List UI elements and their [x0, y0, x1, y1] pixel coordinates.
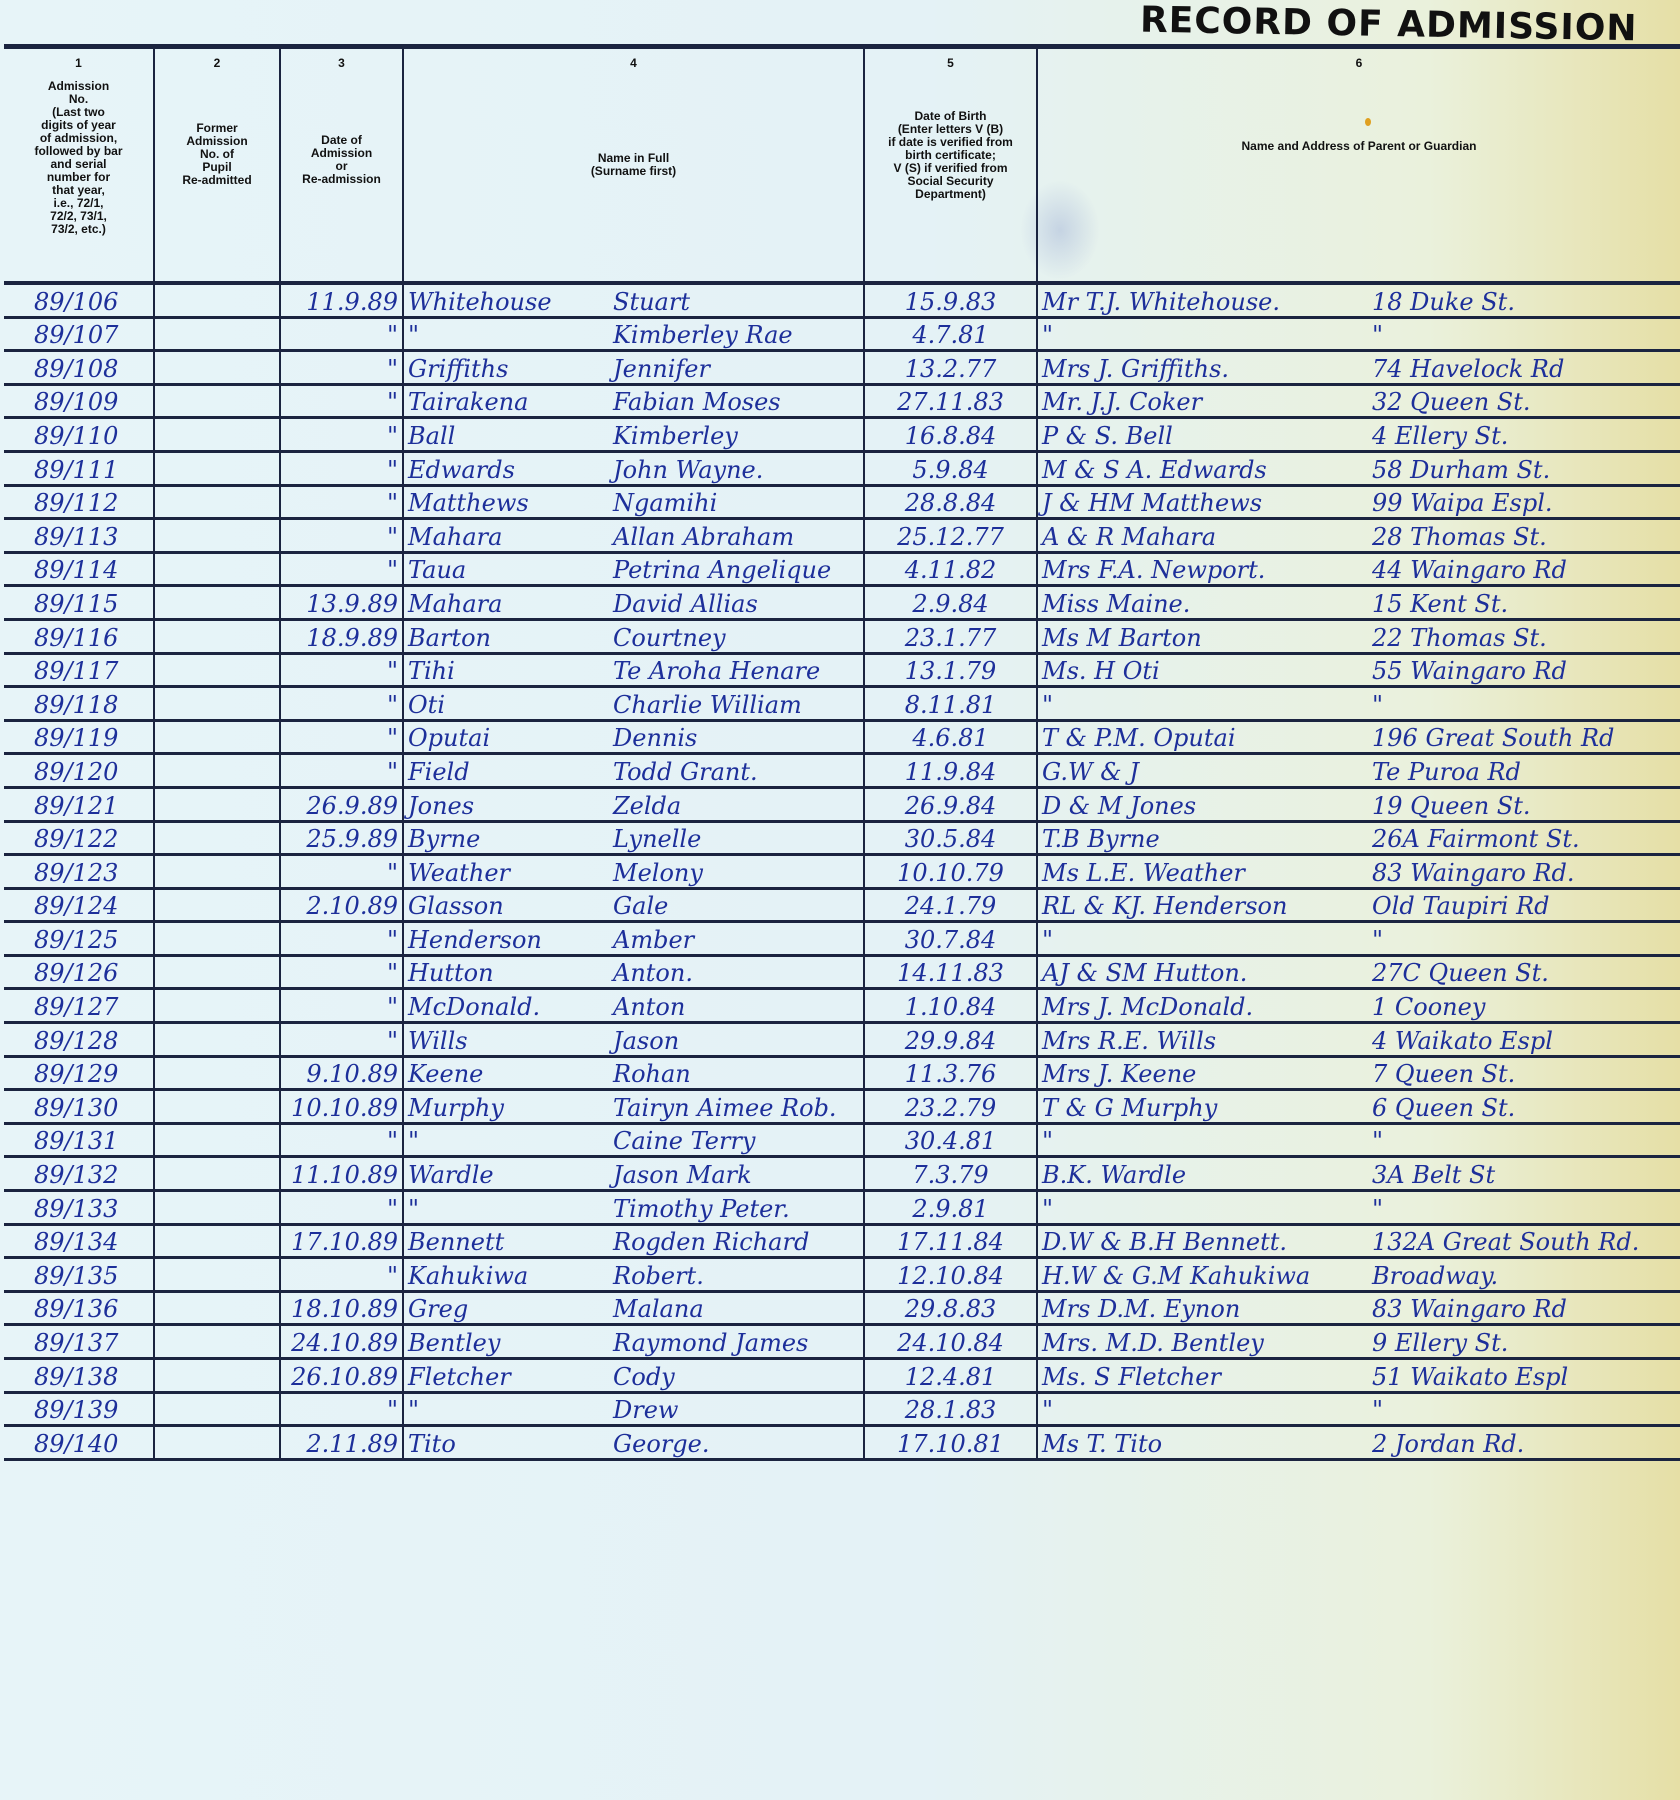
pupil-name: KeeneRohan [403, 1056, 864, 1090]
pupil-name: GregMalana [403, 1291, 864, 1325]
parent-address: 196 Great South Rd [1372, 724, 1614, 752]
former-admission-number [154, 720, 280, 754]
date-of-birth: 25.12.77 [864, 519, 1037, 553]
admission-date: " [280, 922, 403, 956]
former-admission-number [154, 821, 280, 855]
admission-number: 89/137 [4, 1325, 154, 1359]
admission-number: 89/111 [4, 451, 154, 485]
table-row: 89/132 11.10.89 WardleJason Mark 7.3.79 … [4, 1157, 1680, 1191]
pupil-name: "Timothy Peter. [403, 1191, 864, 1225]
surname: Edwards [408, 456, 613, 484]
table-row: 89/119 " OputaiDennis 4.6.81 T & P.M. Op… [4, 720, 1680, 754]
surname: McDonald. [408, 993, 613, 1021]
parent-address: 1 Cooney [1372, 993, 1485, 1021]
table-row: 89/130 10.10.89 MurphyTairyn Aimee Rob. … [4, 1090, 1680, 1124]
surname: Oti [408, 691, 613, 719]
surname: Griffiths [408, 355, 613, 383]
date-of-birth: 2.9.81 [864, 1191, 1037, 1225]
surname: " [408, 1127, 613, 1155]
parent-guardian: B.K. Wardle3A Belt St [1037, 1157, 1680, 1191]
parent-name: " [1042, 1396, 1372, 1424]
parent-address: 26A Fairmont St. [1372, 825, 1580, 853]
given-names: Jennifer [613, 355, 710, 383]
table-row: 89/114 " TauaPetrina Angelique 4.11.82 M… [4, 552, 1680, 586]
parent-guardian: "" [1037, 922, 1680, 956]
surname: Kahukiwa [408, 1262, 613, 1290]
surname: Tito [408, 1430, 613, 1458]
parent-address: 132A Great South Rd. [1372, 1228, 1639, 1256]
parent-guardian: T & G Murphy6 Queen St. [1037, 1090, 1680, 1124]
date-of-birth: 29.9.84 [864, 1023, 1037, 1057]
admission-number: 89/128 [4, 1023, 154, 1057]
parent-guardian: Mr. J.J. Coker32 Queen St. [1037, 384, 1680, 418]
date-of-birth: 24.10.84 [864, 1325, 1037, 1359]
admission-date: 26.9.89 [280, 787, 403, 821]
pupil-name: WardleJason Mark [403, 1157, 864, 1191]
former-admission-number [154, 1123, 280, 1157]
pupil-name: MaharaAllan Abraham [403, 519, 864, 553]
given-names: Te Aroha Henare [613, 657, 820, 685]
table-row: 89/126 " HuttonAnton. 14.11.83 AJ & SM H… [4, 955, 1680, 989]
admission-date: " [280, 687, 403, 721]
parent-name: J & HM Matthews [1042, 489, 1372, 517]
admission-date: " [280, 519, 403, 553]
parent-guardian: Ms. H Oti55 Waingaro Rd [1037, 653, 1680, 687]
table-row: 89/133 " "Timothy Peter. 2.9.81 "" [4, 1191, 1680, 1225]
surname: Keene [408, 1060, 613, 1088]
parent-address: 9 Ellery St. [1372, 1329, 1508, 1357]
parent-name: Miss Maine. [1042, 590, 1372, 618]
given-names: Courtney [613, 624, 726, 652]
given-names: Stuart [613, 288, 690, 316]
parent-name: Mrs F.A. Newport. [1042, 556, 1372, 584]
pupil-name: WillsJason [403, 1023, 864, 1057]
pupil-name: BentleyRaymond James [403, 1325, 864, 1359]
table-row: 89/108 " GriffithsJennifer 13.2.77 Mrs J… [4, 351, 1680, 385]
admission-number: 89/132 [4, 1157, 154, 1191]
admission-number: 89/130 [4, 1090, 154, 1124]
given-names: Kimberley [613, 422, 738, 450]
parent-address: 28 Thomas St. [1372, 523, 1547, 551]
given-names: Ngamihi [613, 489, 717, 517]
given-names: Anton [613, 993, 685, 1021]
date-of-birth: 5.9.84 [864, 451, 1037, 485]
parent-guardian: M & S A. Edwards58 Durham St. [1037, 451, 1680, 485]
admission-date: " [280, 1392, 403, 1426]
pupil-name: "Drew [403, 1392, 864, 1426]
former-admission-number [154, 619, 280, 653]
admission-date: 18.9.89 [280, 619, 403, 653]
admission-date: " [280, 384, 403, 418]
pupil-name: GriffithsJennifer [403, 351, 864, 385]
parent-guardian: AJ & SM Hutton.27C Queen St. [1037, 955, 1680, 989]
date-of-birth: 13.2.77 [864, 351, 1037, 385]
date-of-birth: 29.8.83 [864, 1291, 1037, 1325]
pupil-name: OputaiDennis [403, 720, 864, 754]
admission-number: 89/135 [4, 1258, 154, 1292]
surname: Bennett [408, 1228, 613, 1256]
former-admission-number [154, 418, 280, 452]
admission-number: 89/119 [4, 720, 154, 754]
admission-number: 89/106 [4, 283, 154, 317]
parent-address: 83 Waingaro Rd [1372, 1295, 1567, 1323]
admission-date: " [280, 485, 403, 519]
date-of-birth: 12.4.81 [864, 1359, 1037, 1393]
admission-number: 89/112 [4, 485, 154, 519]
admission-number: 89/115 [4, 586, 154, 620]
table-row: 89/137 24.10.89 BentleyRaymond James 24.… [4, 1325, 1680, 1359]
admission-date: 17.10.89 [280, 1224, 403, 1258]
admission-date: " [280, 351, 403, 385]
pupil-name: TauaPetrina Angelique [403, 552, 864, 586]
parent-address: 3A Belt St [1372, 1161, 1495, 1189]
admission-date: " [280, 720, 403, 754]
parent-guardian: Mrs J. Griffiths.74 Havelock Rd [1037, 351, 1680, 385]
table-row: 89/140 2.11.89 TitoGeorge. 17.10.81 Ms T… [4, 1426, 1680, 1460]
given-names: Caine Terry [613, 1127, 756, 1155]
surname: Wardle [408, 1161, 613, 1189]
admission-date: " [280, 1191, 403, 1225]
table-row: 89/135 " KahukiwaRobert. 12.10.84 H.W & … [4, 1258, 1680, 1292]
parent-guardian: P & S. Bell4 Ellery St. [1037, 418, 1680, 452]
table-row: 89/111 " EdwardsJohn Wayne. 5.9.84 M & S… [4, 451, 1680, 485]
admission-number: 89/125 [4, 922, 154, 956]
former-admission-number [154, 384, 280, 418]
former-admission-number [154, 1224, 280, 1258]
parent-address: Old Taupiri Rd [1372, 892, 1550, 920]
date-of-birth: 28.1.83 [864, 1392, 1037, 1426]
given-names: Todd Grant. [613, 758, 758, 786]
table-row: 89/139 " "Drew 28.1.83 "" [4, 1392, 1680, 1426]
parent-guardian: Ms M Barton22 Thomas St. [1037, 619, 1680, 653]
former-admission-number [154, 888, 280, 922]
parent-address: 18 Duke St. [1372, 288, 1515, 316]
admission-number: 89/133 [4, 1191, 154, 1225]
date-of-birth: 23.2.79 [864, 1090, 1037, 1124]
former-admission-number [154, 451, 280, 485]
given-names: Fabian Moses [613, 388, 781, 416]
parent-name: T.B Byrne [1042, 825, 1372, 853]
date-of-birth: 17.11.84 [864, 1224, 1037, 1258]
surname: Matthews [408, 489, 613, 517]
pupil-name: BennettRogden Richard [403, 1224, 864, 1258]
given-names: Allan Abraham [613, 523, 794, 551]
former-admission-number [154, 1023, 280, 1057]
former-admission-number [154, 1325, 280, 1359]
surname: Hutton [408, 959, 613, 987]
admission-date: " [280, 1123, 403, 1157]
admission-number: 89/116 [4, 619, 154, 653]
date-of-birth: 11.9.84 [864, 754, 1037, 788]
former-admission-number [154, 351, 280, 385]
table-row: 89/131 " "Caine Terry 30.4.81 "" [4, 1123, 1680, 1157]
former-admission-number [154, 283, 280, 317]
given-names: George. [613, 1430, 710, 1458]
surname: Bentley [408, 1329, 613, 1357]
parent-name: RL & KJ. Henderson [1042, 892, 1372, 920]
parent-guardian: Mr T.J. Whitehouse.18 Duke St. [1037, 283, 1680, 317]
parent-name: Ms L.E. Weather [1042, 859, 1372, 887]
table-row: 89/115 13.9.89 MaharaDavid Allias 2.9.84… [4, 586, 1680, 620]
table-row: 89/110 " BallKimberley 16.8.84 P & S. Be… [4, 418, 1680, 452]
former-admission-number [154, 955, 280, 989]
column-header-date-of-birth: 5 Date of Birth (Enter letters V (B) if … [864, 49, 1037, 283]
former-admission-number [154, 653, 280, 687]
given-names: Rohan [613, 1060, 691, 1088]
pupil-name: BallKimberley [403, 418, 864, 452]
admission-number: 89/107 [4, 317, 154, 351]
admission-date: " [280, 552, 403, 586]
parent-guardian: Ms. S Fletcher51 Waikato Espl [1037, 1359, 1680, 1393]
former-admission-number [154, 687, 280, 721]
date-of-birth: 28.8.84 [864, 485, 1037, 519]
table-row: 89/118 " OtiCharlie William 8.11.81 "" [4, 687, 1680, 721]
parent-name: D & M Jones [1042, 792, 1372, 820]
date-of-birth: 26.9.84 [864, 787, 1037, 821]
parent-name: Mrs D.M. Eynon [1042, 1295, 1372, 1323]
admission-number: 89/138 [4, 1359, 154, 1393]
date-of-birth: 16.8.84 [864, 418, 1037, 452]
parent-address: 4 Waikato Espl [1372, 1027, 1553, 1055]
table-header: 1 Admission No. (Last two digits of year… [4, 49, 1680, 283]
given-names: Rogden Richard [613, 1228, 809, 1256]
admission-date: 24.10.89 [280, 1325, 403, 1359]
parent-address: " [1372, 691, 1383, 719]
parent-name: Mrs J. Griffiths. [1042, 355, 1372, 383]
admission-date: 11.9.89 [280, 283, 403, 317]
table-row: 89/128 " WillsJason 29.9.84 Mrs R.E. Wil… [4, 1023, 1680, 1057]
parent-guardian: A & R Mahara28 Thomas St. [1037, 519, 1680, 553]
given-names: Timothy Peter. [613, 1195, 790, 1223]
given-names: Malana [613, 1295, 704, 1323]
pupil-name: FletcherCody [403, 1359, 864, 1393]
former-admission-number [154, 1090, 280, 1124]
parent-name: P & S. Bell [1042, 422, 1372, 450]
table-row: 89/106 11.9.89 WhitehouseStuart 15.9.83 … [4, 283, 1680, 317]
surname: Wills [408, 1027, 613, 1055]
surname: Jones [408, 792, 613, 820]
date-of-birth: 23.1.77 [864, 619, 1037, 653]
surname: Ball [408, 422, 613, 450]
admission-date: 25.9.89 [280, 821, 403, 855]
parent-guardian: J & HM Matthews99 Waipa Espl. [1037, 485, 1680, 519]
date-of-birth: 4.11.82 [864, 552, 1037, 586]
surname: Murphy [408, 1094, 613, 1122]
admission-number: 89/110 [4, 418, 154, 452]
admission-number: 89/126 [4, 955, 154, 989]
given-names: Tairyn Aimee Rob. [613, 1094, 837, 1122]
former-admission-number [154, 922, 280, 956]
admission-number: 89/120 [4, 754, 154, 788]
parent-name: AJ & SM Hutton. [1042, 959, 1372, 987]
surname: Greg [408, 1295, 613, 1323]
parent-name: M & S A. Edwards [1042, 456, 1372, 484]
admission-date: 13.9.89 [280, 586, 403, 620]
given-names: Kimberley Rae [613, 321, 793, 349]
table-row: 89/117 " TihiTe Aroha Henare 13.1.79 Ms.… [4, 653, 1680, 687]
date-of-birth: 13.1.79 [864, 653, 1037, 687]
date-of-birth: 10.10.79 [864, 855, 1037, 889]
parent-address: " [1372, 1396, 1383, 1424]
pupil-name: HuttonAnton. [403, 955, 864, 989]
admission-number: 89/113 [4, 519, 154, 553]
parent-guardian: Ms L.E. Weather83 Waingaro Rd. [1037, 855, 1680, 889]
parent-address: Te Puroa Rd [1372, 758, 1521, 786]
parent-address: 51 Waikato Espl [1372, 1363, 1568, 1391]
pupil-name: JonesZelda [403, 787, 864, 821]
parent-name: " [1042, 926, 1372, 954]
pupil-name: OtiCharlie William [403, 687, 864, 721]
ledger-body: 89/106 11.9.89 WhitehouseStuart 15.9.83 … [4, 283, 1680, 1459]
parent-guardian: G.W & JTe Puroa Rd [1037, 754, 1680, 788]
table-row: 89/123 " WeatherMelony 10.10.79 Ms L.E. … [4, 855, 1680, 889]
admission-number: 89/129 [4, 1056, 154, 1090]
date-of-birth: 12.10.84 [864, 1258, 1037, 1292]
pupil-name: FieldTodd Grant. [403, 754, 864, 788]
table-row: 89/107 " "Kimberley Rae 4.7.81 "" [4, 317, 1680, 351]
given-names: Melony [613, 859, 703, 887]
date-of-birth: 4.7.81 [864, 317, 1037, 351]
surname: Field [408, 758, 613, 786]
parent-guardian: Miss Maine.15 Kent St. [1037, 586, 1680, 620]
parent-guardian: Mrs D.M. Eynon83 Waingaro Rd [1037, 1291, 1680, 1325]
given-names: Amber [613, 926, 694, 954]
admission-number: 89/114 [4, 552, 154, 586]
pupil-name: MatthewsNgamihi [403, 485, 864, 519]
surname: Whitehouse [408, 288, 613, 316]
admission-number: 89/131 [4, 1123, 154, 1157]
date-of-birth: 7.3.79 [864, 1157, 1037, 1191]
parent-guardian: "" [1037, 317, 1680, 351]
admission-number: 89/140 [4, 1426, 154, 1460]
parent-address: 19 Queen St. [1372, 792, 1531, 820]
former-admission-number [154, 989, 280, 1023]
parent-address: " [1372, 1195, 1383, 1223]
parent-address: 15 Kent St. [1372, 590, 1508, 618]
date-of-birth: 14.11.83 [864, 955, 1037, 989]
parent-name: " [1042, 1195, 1372, 1223]
parent-address: 55 Waingaro Rd [1372, 657, 1567, 685]
parent-address: 7 Queen St. [1372, 1060, 1515, 1088]
surname: Fletcher [408, 1363, 613, 1391]
date-of-birth: 11.3.76 [864, 1056, 1037, 1090]
surname: Mahara [408, 590, 613, 618]
table-row: 89/113 " MaharaAllan Abraham 25.12.77 A … [4, 519, 1680, 553]
table-row: 89/122 25.9.89 ByrneLynelle 30.5.84 T.B … [4, 821, 1680, 855]
admission-date: " [280, 317, 403, 351]
parent-address: 44 Waingaro Rd [1372, 556, 1567, 584]
given-names: Raymond James [613, 1329, 808, 1357]
parent-guardian: "" [1037, 687, 1680, 721]
pupil-name: McDonald.Anton [403, 989, 864, 1023]
given-names: Lynelle [613, 825, 701, 853]
parent-guardian: Mrs. M.D. Bentley9 Ellery St. [1037, 1325, 1680, 1359]
parent-name: Ms. S Fletcher [1042, 1363, 1372, 1391]
pupil-name: "Caine Terry [403, 1123, 864, 1157]
admission-number: 89/109 [4, 384, 154, 418]
table-row: 89/138 26.10.89 FletcherCody 12.4.81 Ms.… [4, 1359, 1680, 1393]
parent-name: H.W & G.M Kahukiwa [1042, 1262, 1372, 1290]
admission-date: 2.10.89 [280, 888, 403, 922]
parent-address: 83 Waingaro Rd. [1372, 859, 1574, 887]
parent-address: 6 Queen St. [1372, 1094, 1515, 1122]
admission-number: 89/121 [4, 787, 154, 821]
pupil-name: TihiTe Aroha Henare [403, 653, 864, 687]
surname: " [408, 321, 613, 349]
date-of-birth: 2.9.84 [864, 586, 1037, 620]
former-admission-number [154, 1426, 280, 1460]
table-row: 89/134 17.10.89 BennettRogden Richard 17… [4, 1224, 1680, 1258]
admission-number: 89/124 [4, 888, 154, 922]
former-admission-number [154, 787, 280, 821]
parent-guardian: D & M Jones19 Queen St. [1037, 787, 1680, 821]
admission-ledger: 1 Admission No. (Last two digits of year… [4, 44, 1680, 1795]
given-names: Zelda [613, 792, 681, 820]
surname: Weather [408, 859, 613, 887]
parent-name: B.K. Wardle [1042, 1161, 1372, 1189]
admission-number: 89/139 [4, 1392, 154, 1426]
surname: Oputai [408, 724, 613, 752]
admission-table: 1 Admission No. (Last two digits of year… [4, 49, 1680, 1461]
parent-name: Ms M Barton [1042, 624, 1372, 652]
date-of-birth: 17.10.81 [864, 1426, 1037, 1460]
parent-address: 74 Havelock Rd [1372, 355, 1564, 383]
admission-date: 9.10.89 [280, 1056, 403, 1090]
given-names: Cody [613, 1363, 675, 1391]
parent-address: 22 Thomas St. [1372, 624, 1547, 652]
former-admission-number [154, 586, 280, 620]
date-of-birth: 30.5.84 [864, 821, 1037, 855]
admission-date: 10.10.89 [280, 1090, 403, 1124]
given-names: John Wayne. [613, 456, 763, 484]
admission-date: " [280, 653, 403, 687]
admission-number: 89/127 [4, 989, 154, 1023]
parent-name: " [1042, 1127, 1372, 1155]
former-admission-number [154, 317, 280, 351]
former-admission-number [154, 1191, 280, 1225]
parent-name: Mr. J.J. Coker [1042, 388, 1372, 416]
given-names: Anton. [613, 959, 693, 987]
parent-address: 27C Queen St. [1372, 959, 1549, 987]
column-header-name-in-full: 4 Name in Full (Surname first) [403, 49, 864, 283]
surname: Byrne [408, 825, 613, 853]
parent-address: 2 Jordan Rd. [1372, 1430, 1524, 1458]
admission-number: 89/123 [4, 855, 154, 889]
pupil-name: BartonCourtney [403, 619, 864, 653]
parent-name: Mrs J. Keene [1042, 1060, 1372, 1088]
admission-number: 89/136 [4, 1291, 154, 1325]
table-row: 89/129 9.10.89 KeeneRohan 11.3.76 Mrs J.… [4, 1056, 1680, 1090]
parent-name: A & R Mahara [1042, 523, 1372, 551]
page-title: RECORD OF ADMISSION [1140, 0, 1638, 49]
parent-address: 58 Durham St. [1372, 456, 1550, 484]
parent-name: " [1042, 321, 1372, 349]
parent-guardian: Ms T. Tito2 Jordan Rd. [1037, 1426, 1680, 1460]
date-of-birth: 27.11.83 [864, 384, 1037, 418]
parent-guardian: T.B Byrne26A Fairmont St. [1037, 821, 1680, 855]
admission-number: 89/122 [4, 821, 154, 855]
parent-guardian: D.W & B.H Bennett.132A Great South Rd. [1037, 1224, 1680, 1258]
date-of-birth: 30.4.81 [864, 1123, 1037, 1157]
given-names: Jason [613, 1027, 679, 1055]
pupil-name: MurphyTairyn Aimee Rob. [403, 1090, 864, 1124]
column-header-parent-guardian: 6 Name and Address of Parent or Guardian [1037, 49, 1680, 283]
parent-address: " [1372, 321, 1383, 349]
admission-date: " [280, 855, 403, 889]
former-admission-number [154, 855, 280, 889]
date-of-birth: 8.11.81 [864, 687, 1037, 721]
parent-guardian: Mrs J. Keene7 Queen St. [1037, 1056, 1680, 1090]
